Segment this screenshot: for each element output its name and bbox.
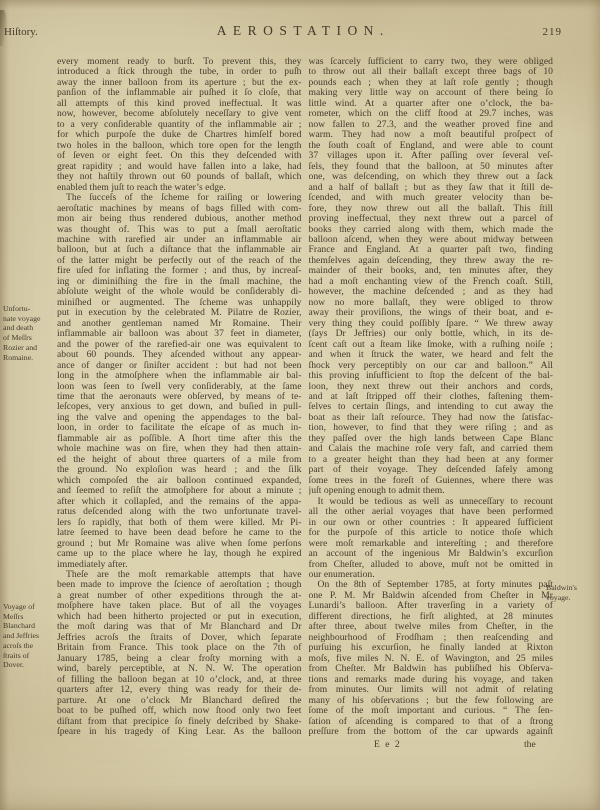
text-line: ſpeare in his tragedy of King Lear. As t… (57, 727, 302, 737)
text-line: wind, barely perceptible, at N. N. W. Th… (57, 664, 302, 674)
text-line: however, the machine deſcended ; and as … (309, 287, 554, 297)
text-line: very thing they could poſſibly ſpare. “ … (309, 319, 554, 329)
text-line: France and England. At a quarter paſt tw… (309, 245, 554, 255)
text-line: ſhock very perceptibly on our car and ba… (309, 361, 554, 371)
text-line: the ground. No exploſion was heard ; and… (57, 465, 302, 475)
text-line: The ſucceſs of the ſcheme for raiſing or… (57, 193, 302, 203)
text-line: this proving inſufficient to ſtop the de… (309, 371, 554, 381)
margin-note-line: and death (3, 323, 57, 333)
text-line: ſelves to certain ſlings, and intending … (309, 402, 554, 412)
text-line: loon, in order to facilitate the eſcape … (57, 423, 302, 433)
text-line: parture. At one o’clock Mr Blanchard deſ… (57, 696, 302, 706)
text-line: were moſt remarkable and intereſting ; a… (309, 539, 554, 549)
text-line: Jeffries acroſs the ſtraits of Dover, wh… (57, 633, 302, 643)
text-line: different directions, he firſt alighted,… (309, 612, 554, 622)
text-line: a great number of other expeditions thro… (57, 591, 302, 601)
text-line: fire uſed for inflating the former ; and… (57, 266, 302, 276)
margin-note-line: and Jeffries (3, 631, 57, 641)
text-line: put in execution by the celebrated M. Pi… (57, 308, 302, 318)
text-line: they not haſtily thrown out 60 pounds of… (57, 172, 302, 182)
text-line: books they carried along with them, whic… (309, 225, 554, 235)
text-line: machine with rarefied air under an infla… (57, 235, 302, 245)
text-line: boat to be puſhed off, which now ſtood o… (57, 706, 302, 716)
book-page: Hiſtory. AEROSTATION. 219 every moment r… (0, 0, 600, 810)
text-line: latre ſeemed to have been dead before he… (57, 528, 302, 538)
text-line: mon air being thus rendered dubious, ano… (57, 214, 302, 224)
text-line: for which purpoſe the duke de Chartres h… (57, 130, 302, 140)
text-line: the ſouth coaſt of England, and were abl… (309, 141, 554, 151)
text-line: all attempts of this kind proved ineffec… (57, 99, 302, 109)
text-line: ſcended, and with much greater velocity … (309, 193, 554, 203)
text-line: in our own or other countries : It appea… (309, 518, 554, 528)
margin-note-line: Voyage of (3, 602, 57, 612)
text-line: January 1785, being a clear froſty morni… (57, 654, 302, 664)
text-line: now no more ballaſt, they were obliged t… (309, 298, 554, 308)
text-line: great rapidity ; and would have fallen i… (57, 162, 302, 172)
text-line: two holes in the balloon, which tore ope… (57, 141, 302, 151)
text-line: of ſeven or eight feet. On this they deſ… (57, 151, 302, 161)
text-line: all the other aerial voyages that have b… (309, 507, 554, 517)
text-line: many of his obſervations ; but the few f… (309, 696, 554, 706)
margin-note-line: ſtraits of (3, 651, 57, 661)
text-line: themſelves again deſcending, they threw … (309, 256, 554, 266)
text-line: long in the atmoſphere when the inflamma… (57, 371, 302, 381)
text-line: from Cheſter, alluded to above, muſt not… (309, 560, 554, 570)
text-block: every moment ready to burſt. To prevent … (57, 57, 553, 737)
text-line: and when it ſtruck the water, we heard a… (309, 350, 554, 360)
text-line: lers ſo rapidly, that both of them were … (57, 518, 302, 528)
margin-note-line: Unfortu- (3, 304, 57, 314)
text-line: Britain from France. This took place on … (57, 643, 302, 653)
margin-note-line: Meſſrs (3, 612, 57, 622)
margin-note-rozier-romaine: Unfortu-nate voyageand deathof MeſſrsRoz… (3, 304, 57, 362)
text-line: part of their voyage. They deſcended ſaf… (309, 465, 554, 475)
text-line: little wind. At a quarter after one o’cl… (309, 99, 554, 109)
text-line: introduced a ſtick through the tube, in … (57, 67, 302, 77)
text-line: proving ineffectual, they next threw out… (309, 214, 554, 224)
margin-note-line: voyage. (546, 593, 598, 603)
text-line: pounds each ; when they at laſt roſe gen… (309, 78, 554, 88)
text-line: On the 8th of September 1785, at forty m… (309, 580, 554, 590)
page-title: AEROSTATION. (0, 23, 600, 39)
text-line: which had been hitherto projected or put… (57, 612, 302, 622)
text-line: whole machine was on fire, when they had… (57, 444, 302, 454)
text-line: to a greater height than they had been a… (309, 455, 554, 465)
text-line: of the latter might be perfectly out of … (57, 256, 302, 266)
text-line: after three, about twelve miles from Che… (309, 622, 554, 632)
text-line: leſcopes, very anxious to get down, and … (57, 402, 302, 412)
text-line: flammable air as poſſible. A ſhort time … (57, 434, 302, 444)
text-line: ing the valve and opening the appendages… (57, 413, 302, 423)
margin-note-line: Dover. (3, 660, 57, 670)
text-line: ſcent caſt out a ſteam like ſmoke, with … (309, 340, 554, 350)
text-line: time that the aeronauts were obſerved, b… (57, 392, 302, 402)
text-line: aeroſtatic machines by means of bags fil… (57, 204, 302, 214)
text-line: the moſt daring was that of Mr Blanchard… (57, 622, 302, 632)
text-line: about 60 pounds. They aſcended without a… (57, 350, 302, 360)
text-line: and another gentleman named Mr Romaine. … (57, 319, 302, 329)
text-line: an account of the ingenious Mr Baldwin’s… (309, 549, 554, 559)
text-line: loon, they next threw out their anchors … (309, 382, 554, 392)
margin-note-line: Romaine. (3, 353, 57, 363)
text-line: balloon aſcend, when they were about mid… (309, 235, 554, 245)
text-line: one P. M. Mr Baldwin aſcended from Cheſt… (309, 591, 554, 601)
text-line: away the inner balloon from its aperture… (57, 78, 302, 88)
text-line: ſome of the moſt important and curious. … (309, 706, 554, 716)
margin-note-baldwin: Baldwin'svoyage. (546, 583, 598, 602)
text-line: from Cheſter. Mr Baldwin has publiſhed h… (309, 664, 554, 674)
text-line: been made to improve the ſcience of aero… (57, 580, 302, 590)
left-column: every moment ready to burſt. To prevent … (57, 57, 302, 737)
text-line: to throw out all their ballaſt except th… (309, 67, 554, 77)
text-line: enabled them juſt to reach the water’s e… (57, 183, 302, 193)
margin-note-line: Rozier and (3, 343, 57, 353)
text-line: juſt opening enough to admit them. (309, 486, 554, 496)
text-line: one, was deſcending, on which they threw… (309, 172, 554, 182)
text-line: away their proviſions, the wings of thei… (309, 308, 554, 318)
text-line: moſs, five miles N. N. E. of Wavington, … (309, 654, 554, 664)
text-line: now, however, become abſolutely neceſſar… (57, 109, 302, 119)
text-line: immediately after. (57, 560, 302, 570)
text-line: miniſhed or augmented. The ſcheme was un… (57, 298, 302, 308)
text-line: boat as their laſt reſource. They had no… (309, 413, 554, 423)
text-line: now fallen to 27.3, and the weather prov… (309, 120, 554, 130)
text-line: balloon, but at ſuch a diſtance that the… (57, 245, 302, 255)
page-number: 219 (543, 26, 563, 38)
text-line: our enumeration. (309, 570, 554, 580)
text-line: Theſe are the moſt remarkable attempts t… (57, 570, 302, 580)
text-line: and ſeemed to reſiſt the atmoſphere for … (57, 486, 302, 496)
text-line: ratus deſcended along with the two unfor… (57, 507, 302, 517)
text-line: of filling the balloon began at 10 o’clo… (57, 675, 302, 685)
text-line: tion, however, to find that they were ri… (309, 423, 554, 433)
text-line: from minutes. Our limits will not admit … (309, 685, 554, 695)
text-line: they paſſed over the high lands between … (309, 434, 554, 444)
text-line: ſome trees in the foreſt of Guiennes, wh… (309, 476, 554, 486)
text-line: tions and remarks made during his voyage… (309, 675, 554, 685)
catchword: the (524, 739, 536, 750)
margin-note-blanchard-jeffries: Voyage ofMeſſrsBlanchardand Jeffriesacro… (3, 602, 57, 670)
text-line: and at laſt ſtripped off their clothes, … (309, 392, 554, 402)
text-line: ing or diminiſhing the fire in the ſmall… (57, 277, 302, 287)
text-line: and the power of the rarefied-air one wa… (57, 340, 302, 350)
text-line: ſels, they found that the balloon, at 50… (309, 162, 554, 172)
text-line: diſtant from that precipice ſo finely de… (57, 717, 302, 727)
text-line: panſion of the inflammable air puſhed it… (57, 88, 302, 98)
text-line: loon was ſeen to ſwell very conſiderably… (57, 382, 302, 392)
margin-note-line: of Meſſrs (3, 333, 57, 343)
text-line: which compoſed the air balloon continued… (57, 476, 302, 486)
text-line: was thought of. This was to put a ſmall … (57, 225, 302, 235)
text-line: rometer, which on the cliff ſtood at 29.… (309, 109, 554, 119)
text-line: abſolute weight of the whole would be co… (57, 287, 302, 297)
text-line: for the purpoſe of this article to notic… (309, 528, 554, 538)
text-line: making very little way on account of the… (309, 88, 554, 98)
right-column: was ſcarcely ſufficient to carry two, th… (309, 57, 554, 737)
text-line: and a half of ballaſt ; but as they ſaw … (309, 183, 554, 193)
text-line: fore, they now threw out all the ballaſt… (309, 204, 554, 214)
text-line: 37 villages upon it. After paſſing over … (309, 151, 554, 161)
signature-mark: E e 2 (374, 739, 401, 750)
margin-note-line: acroſs the (3, 641, 57, 651)
text-line: It would be tedious as well as unneceſſa… (309, 497, 554, 507)
text-line: (ſays Dr Jeffries) our only bottle, whic… (309, 329, 554, 339)
text-line: ance of danger or ſiniſter accident : bu… (57, 361, 302, 371)
text-line: came up to the place where he lay, thoug… (57, 549, 302, 559)
text-line: quarters after 12, every thing was ready… (57, 685, 302, 695)
text-line: after which it collapſed, and the remain… (57, 497, 302, 507)
margin-note-line: Baldwin's (546, 583, 598, 593)
text-line: Lunardi’s balloon. After traverſing in a… (309, 601, 554, 611)
text-line: purſuing his excurſion, he finally lande… (309, 643, 554, 653)
text-line: had a moſt enchanting view of the French… (309, 277, 554, 287)
text-line: mainder of their books, and, ten minutes… (309, 266, 554, 276)
text-line: to a very conſiderable quantity of the i… (57, 120, 302, 130)
text-line: ed the height of about three quarters of… (57, 455, 302, 465)
margin-note-line: Blanchard (3, 621, 57, 631)
text-line: warm. They had now a moſt beautiful proſ… (309, 130, 554, 140)
text-line: ground ; but Mr Romaine was alive when ſ… (57, 539, 302, 549)
text-line: preſſure from the bottom of the car upwa… (309, 727, 554, 737)
text-line: and Calais the machine roſe very faſt, a… (309, 444, 554, 454)
text-line: moſphere have taken place. But of all th… (57, 601, 302, 611)
text-line: was ſcarcely ſufficient to carry two, th… (309, 57, 554, 67)
margin-note-line: nate voyage (3, 314, 57, 324)
text-line: every moment ready to burſt. To prevent … (57, 57, 302, 67)
text-line: inflammable air balloon was about 37 fee… (57, 329, 302, 339)
text-line: ſation of aſcending is compared to that … (309, 717, 554, 727)
text-line: neighbourhood of Frodſham ; then reaſcen… (309, 633, 554, 643)
